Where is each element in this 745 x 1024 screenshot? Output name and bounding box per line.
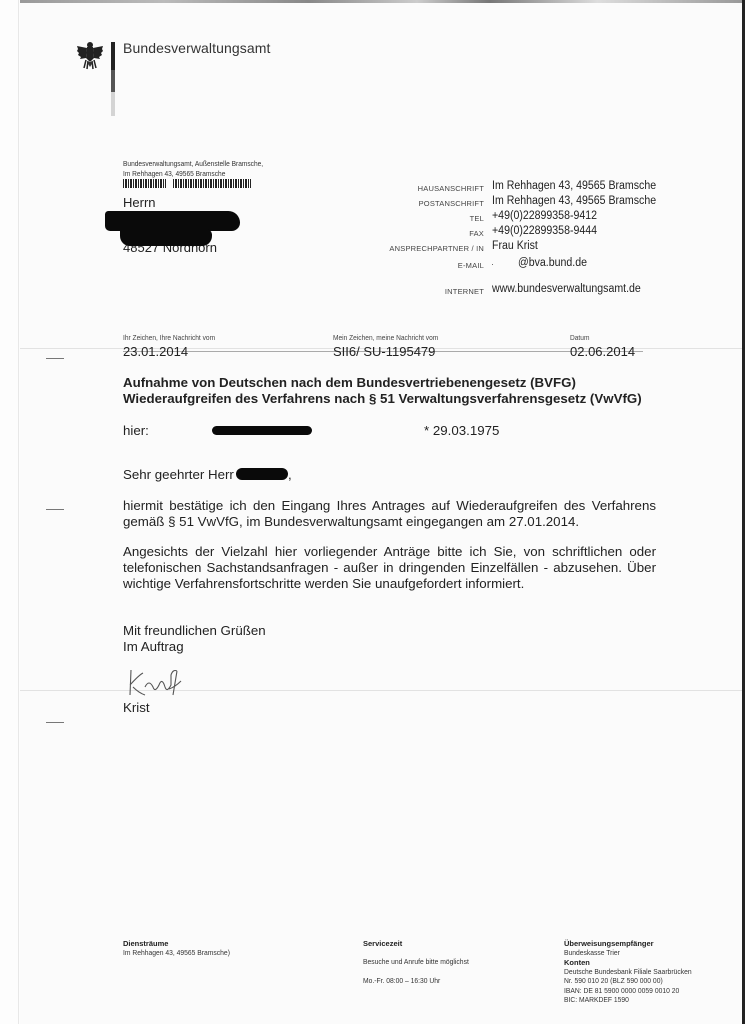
signer-name: Krist (123, 700, 150, 715)
flag-bar-gold (111, 92, 115, 116)
label-fax: FAX (384, 229, 484, 238)
scan-top-edge (20, 0, 742, 3)
label-contact-person: ANSPRECHPARTNER / IN (384, 244, 484, 253)
flag-bar-black (111, 42, 115, 70)
recipient-salutation: Herrn (123, 195, 156, 210)
footer-service: Servicezeit Besuche und Anrufe bitte mög… (363, 939, 481, 985)
paragraph-1: hiermit bestätige ich den Eingang Ihres … (123, 498, 656, 530)
ref-label-date: Datum (570, 333, 589, 342)
subject-line-2: Wiederaufgreifen des Verfahrens nach § 5… (123, 391, 642, 406)
label-postanschrift: POSTANSCHRIFT (384, 199, 484, 208)
sender-return-address: Bundesverwaltungsamt, Außenstelle Bramsc… (123, 159, 263, 178)
label-tel: TEL (384, 214, 484, 223)
signature (125, 665, 187, 699)
sender-line-2: Im Rehhagen 43, 49565 Bramsche (123, 169, 263, 179)
ref-value-my-ref: SII6/ SU-1195479 (333, 344, 435, 359)
footer-offices: Diensträume Im Rehhagen 43, 49565 Bramsc… (123, 939, 242, 958)
ref-value-date: 02.06.2014 (570, 344, 635, 359)
paragraph-2: Angesichts der Vielzahl hier vorliegende… (123, 544, 656, 592)
value-contact-person: Frau Krist (492, 240, 538, 252)
postal-barcode (123, 179, 251, 188)
footer-offices-title: Diensträume (123, 939, 242, 948)
federal-eagle-icon (76, 40, 104, 70)
scan-left-edge (18, 0, 19, 1024)
footer-payment-title: Überweisungsempfänger (564, 939, 706, 948)
footer-service-title: Servicezeit (363, 939, 481, 948)
value-hausanschrift: Im Rehhagen 43, 49565 Bramsche (492, 180, 656, 192)
ref-label-my-ref: Mein Zeichen, meine Nachricht vom (333, 333, 438, 342)
regarding-label: hier: (123, 423, 149, 438)
fold-mark (46, 358, 64, 359)
footer-service-hours: Mo.-Fr. 08:00 – 16:30 Uhr (363, 976, 469, 986)
organization-name: Bundesverwaltungsamt (123, 40, 271, 56)
redaction-mark (236, 468, 288, 480)
label-email: E-MAIL (384, 261, 484, 270)
flag-bar-red (111, 70, 115, 92)
footer-service-line1: Besuche und Anrufe bitte möglichst (363, 957, 469, 967)
redaction-mark (120, 229, 212, 246)
ref-value-your-ref: 23.01.2014 (123, 344, 188, 359)
value-tel: +49(0)22899358-9412 (492, 210, 597, 222)
value-postanschrift: Im Rehhagen 43, 49565 Bramsche (492, 195, 656, 207)
footer-payment: Überweisungsempfänger Bundeskasse Trier … (564, 939, 706, 1005)
ref-label-your-ref: Ihr Zeichen, Ihre Nachricht vom (123, 333, 215, 342)
label-internet: INTERNET (384, 287, 484, 296)
footer-accounts-title: Konten (564, 958, 706, 967)
birth-date: * 29.03.1975 (424, 423, 499, 438)
value-internet[interactable]: www.bundesverwaltungsamt.de (492, 283, 641, 295)
closing-regards: Mit freundlichen Grüßen (123, 623, 266, 638)
value-email[interactable]: @bva.bund.de (518, 257, 587, 269)
subject-line-1: Aufnahme von Deutschen nach dem Bundesve… (123, 375, 576, 390)
label-hausanschrift: HAUSANSCHRIFT (384, 184, 484, 193)
footer-payment-recipient: Bundeskasse Trier (564, 948, 692, 958)
fold-mark (46, 722, 64, 723)
redaction-mark (212, 426, 312, 435)
footer-offices-address: Im Rehhagen 43, 49565 Bramsche) (123, 948, 230, 958)
footer-bank: Deutsche Bundesbank Filiale Saarbrücken (564, 967, 692, 977)
closing-on-behalf: Im Auftrag (123, 639, 184, 654)
footer-bic: BIC: MARKDEF 1590 (564, 995, 692, 1005)
greeting: Sehr geehrter Herr (123, 467, 234, 482)
punch-mark (46, 509, 64, 510)
footer-iban: IBAN: DE 81 5900 0000 0059 0010 20 (564, 986, 692, 996)
sender-line-1: Bundesverwaltungsamt, Außenstelle Bramsc… (123, 159, 263, 169)
value-fax: +49(0)22899358-9444 (492, 225, 597, 237)
footer-account-number: Nr. 590 010 20 (BLZ 590 000 00) (564, 976, 692, 986)
greeting-comma: , (288, 467, 292, 482)
redaction-mark (105, 211, 240, 231)
